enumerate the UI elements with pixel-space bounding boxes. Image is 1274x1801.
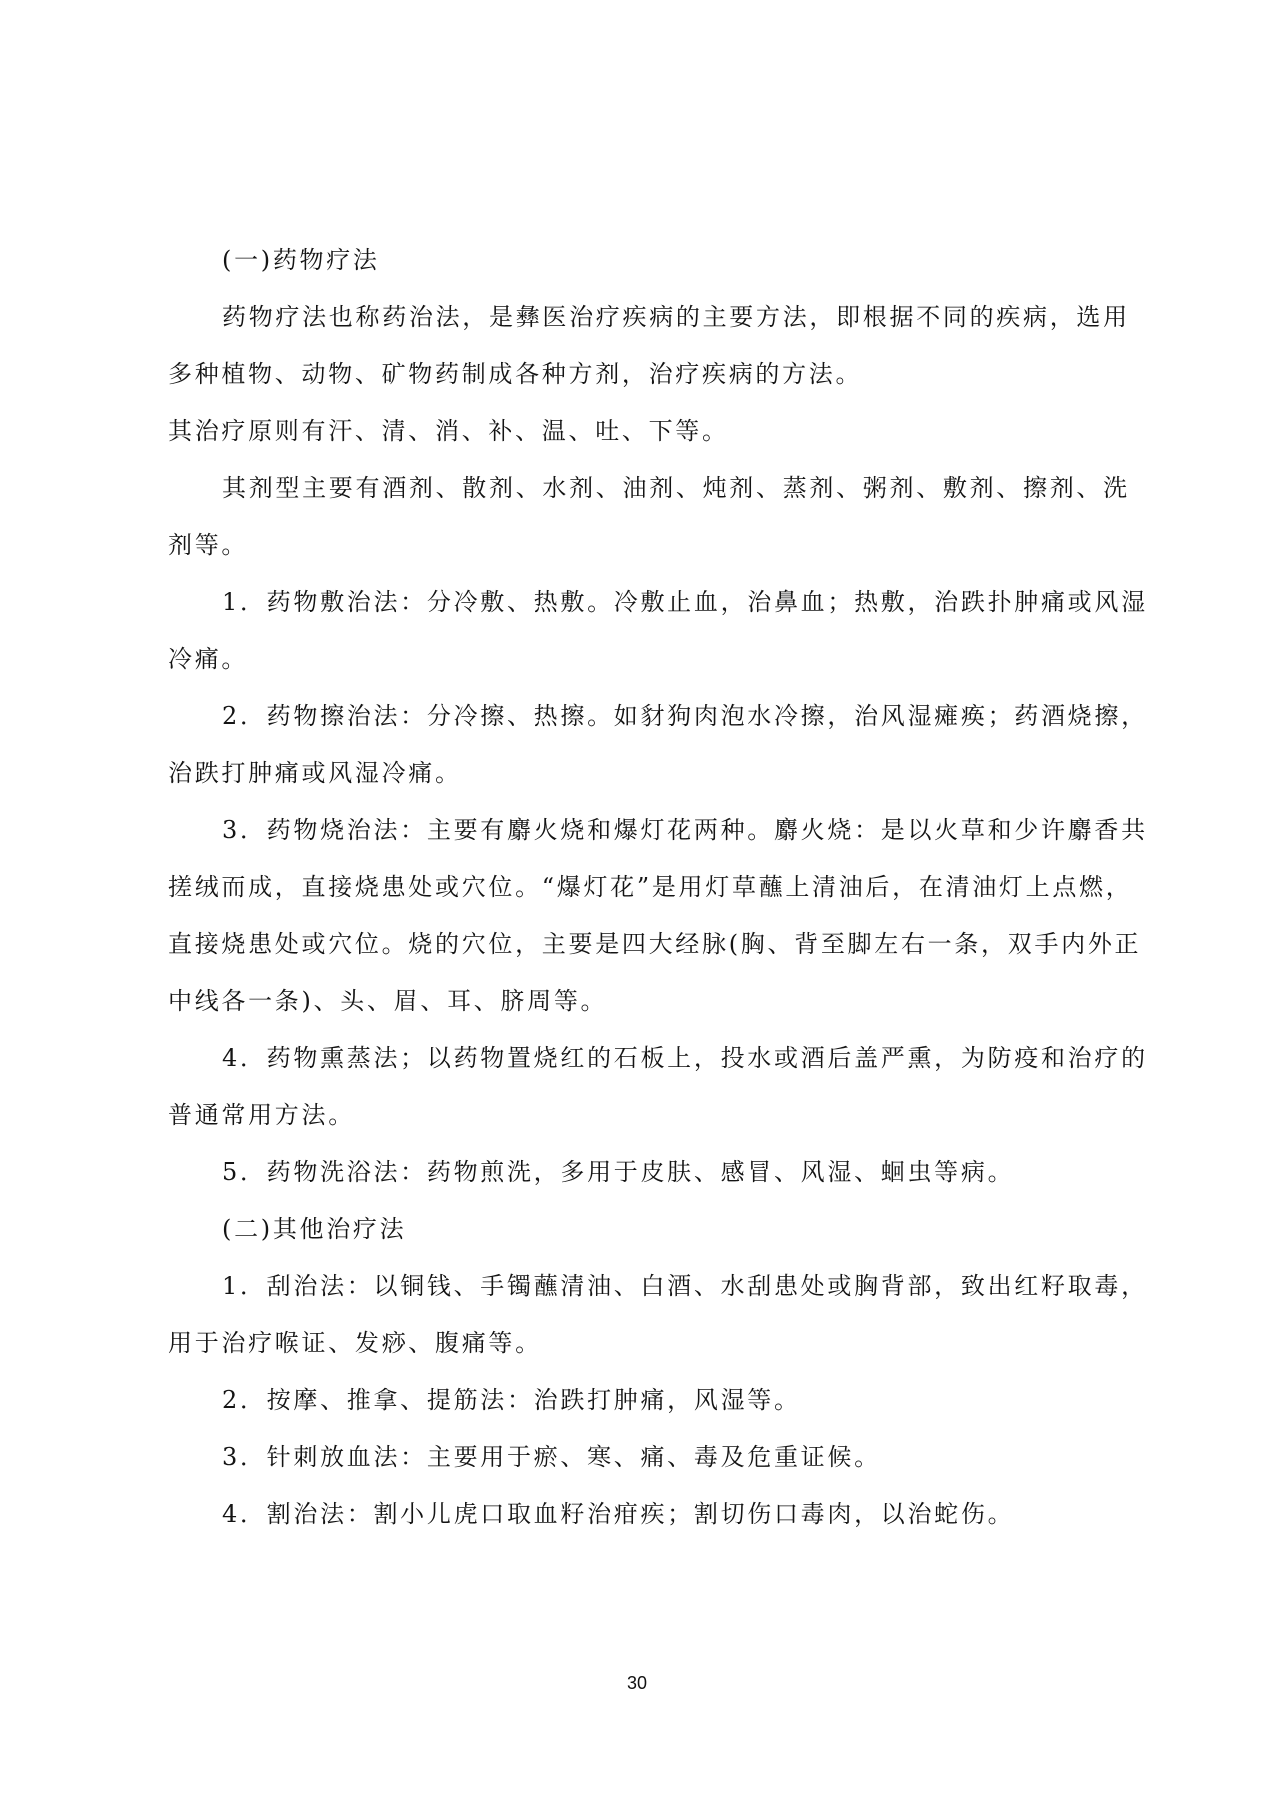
list-item-line: 治跌打肿痛或风湿冷痛。 [168, 745, 462, 802]
section-heading-medicinal-therapy: (一)药物疗法 [222, 232, 380, 289]
page-number: 30 [0, 1673, 1274, 1694]
list-item-line: 3．针刺放血法：主要用于瘀、寒、痛、毒及危重证候。 [222, 1429, 881, 1486]
list-item-line: 5．药物洗浴法：药物煎洗，多用于皮肤、感冒、风湿、蛔虫等病。 [222, 1144, 1014, 1201]
list-item-line: 冷痛。 [168, 631, 248, 688]
paragraph-line: 其剂型主要有酒剂、散剂、水剂、油剂、炖剂、蒸剂、粥剂、敷剂、擦剂、洗 [222, 460, 1130, 517]
list-item-line: 普通常用方法。 [168, 1087, 355, 1144]
list-item-line: 用于治疗喉证、发痧、腹痛等。 [168, 1315, 542, 1372]
section-heading-other-therapies: (二)其他治疗法 [222, 1201, 406, 1258]
list-item-line: 4．药物熏蒸法；以药物置烧红的石板上，投水或酒后盖严熏，为防疫和治疗的 [222, 1030, 1148, 1087]
document-page: (一)药物疗法 药物疗法也称药治法，是彝医治疗疾病的主要方法，即根据不同的疾病，… [0, 0, 1274, 1801]
list-item-line: 2．按摩、推拿、提筋法：治跌打肿痛，风湿等。 [222, 1372, 801, 1429]
list-item-line: 3．药物烧治法：主要有麝火烧和爆灯花两种。麝火烧：是以火草和少许麝香共 [222, 802, 1148, 859]
list-item-line: 中线各一条)、头、眉、耳、脐周等。 [168, 973, 607, 1030]
list-item-line: 搓绒而成，直接烧患处或穴位。“爆灯花”是用灯草蘸上清油后，在清油灯上点燃， [168, 859, 1132, 916]
paragraph-line: 剂等。 [168, 517, 248, 574]
list-item-line: 1．药物敷治法：分冷敷、热敷。冷敷止血，治鼻血；热敷，治跌扑肿痛或风湿 [222, 574, 1148, 631]
list-item-line: 2．药物擦治法：分冷擦、热擦。如豺狗肉泡水冷擦，治风湿瘫痪；药酒烧擦， [222, 688, 1148, 745]
list-item-line: 1．刮治法：以铜钱、手镯蘸清油、白酒、水刮患处或胸背部，致出红籽取毒， [222, 1258, 1148, 1315]
paragraph-line: 多种植物、动物、矿物药制成各种方剂，治疗疾病的方法。 [168, 346, 862, 403]
list-item-line: 直接烧患处或穴位。烧的穴位，主要是四大经脉(胸、背至脚左右一条，双手内外正 [168, 916, 1141, 973]
paragraph-line: 其治疗原则有汗、清、消、补、温、吐、下等。 [168, 403, 729, 460]
paragraph-line: 药物疗法也称药治法，是彝医治疗疾病的主要方法，即根据不同的疾病，选用 [222, 289, 1130, 346]
list-item-line: 4．割治法：割小儿虎口取血籽治疳疾；割切伤口毒肉，以治蛇伤。 [222, 1486, 1014, 1543]
